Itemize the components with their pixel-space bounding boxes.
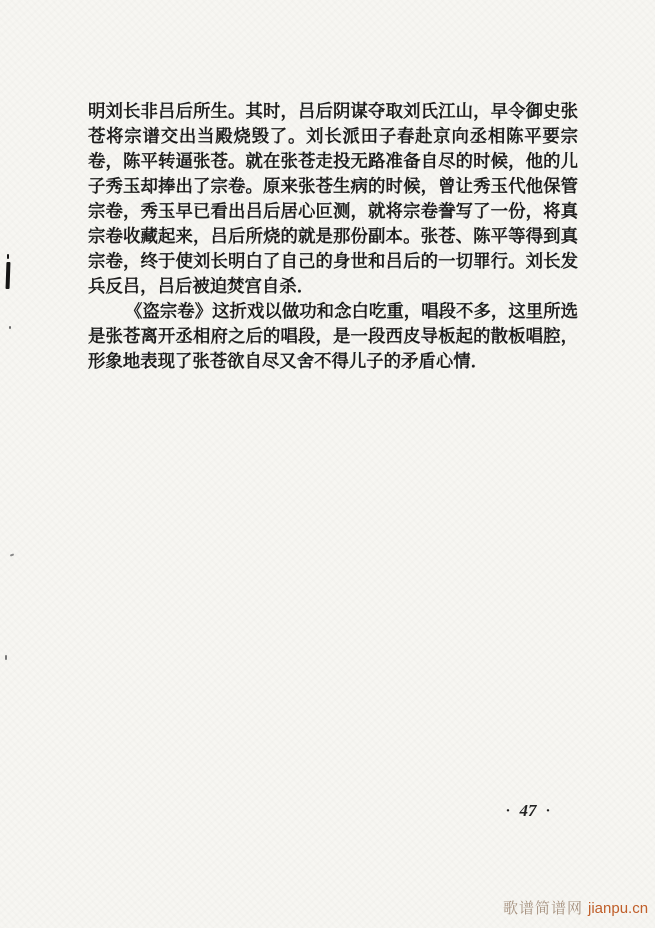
scan-artifact-speck (9, 326, 11, 329)
watermark-site-url: jianpu.cn (588, 900, 648, 917)
text-line: 苍将宗谱交出当殿烧毁了。刘长派田子春赴京向丞相陈平要宗 (88, 124, 578, 149)
scan-artifact-speck (10, 553, 14, 556)
text-line: 卷，陈平转逼张苍。就在张苍走投无路准备自尽的时候，他的儿 (88, 149, 578, 174)
scan-artifact-bar (6, 262, 11, 289)
watermark: 歌谱简谱网 jianpu.cn (503, 897, 648, 918)
scan-artifact-tick (7, 254, 9, 259)
page-number-value: 47 (520, 801, 537, 821)
text-line: 宗卷，秀玉早已看出吕后居心叵测，就将宗卷誊写了一份，将真 (88, 199, 578, 224)
paragraph-commentary: 《盗宗卷》这折戏以做功和念白吃重，唱段不多，这里所选 是张苍离开丞相府之后的唱段… (88, 299, 578, 374)
text-line: 形象地表现了张苍欲自尽又舍不得儿子的矛盾心情． (88, 349, 578, 374)
text-line: 兵反吕，吕后被迫焚宫自杀． (88, 274, 578, 299)
watermark-site-name: 歌谱简谱网 (503, 897, 583, 918)
text-line: 子秀玉却捧出了宗卷。原来张苍生病的时候，曾让秀玉代他保管 (88, 174, 578, 199)
page-number-dot-left: · (505, 803, 510, 820)
page-number: · 47 · (492, 801, 564, 821)
paragraph-synopsis: 明刘长非吕后所生。其时，吕后阴谋夺取刘氏江山，早令御史张 苍将宗谱交出当殿烧毁了… (88, 99, 578, 299)
text-line: 宗卷收藏起来，吕后所烧的就是那份副本。张苍、陈平等得到真 (88, 224, 578, 249)
text-line: 明刘长非吕后所生。其时，吕后阴谋夺取刘氏江山，早令御史张 (88, 99, 578, 124)
text-line: 是张苍离开丞相府之后的唱段，是一段西皮导板起的散板唱腔， (88, 324, 578, 349)
page-number-dot-right: · (546, 803, 551, 820)
body-text: 明刘长非吕后所生。其时，吕后阴谋夺取刘氏江山，早令御史张 苍将宗谱交出当殿烧毁了… (88, 99, 578, 374)
text-line: 《盗宗卷》这折戏以做功和念白吃重，唱段不多，这里所选 (88, 299, 578, 324)
scan-artifact-speck (5, 655, 7, 660)
text-line: 宗卷，终于使刘长明白了自己的身世和吕后的一切罪行。刘长发 (88, 249, 578, 274)
